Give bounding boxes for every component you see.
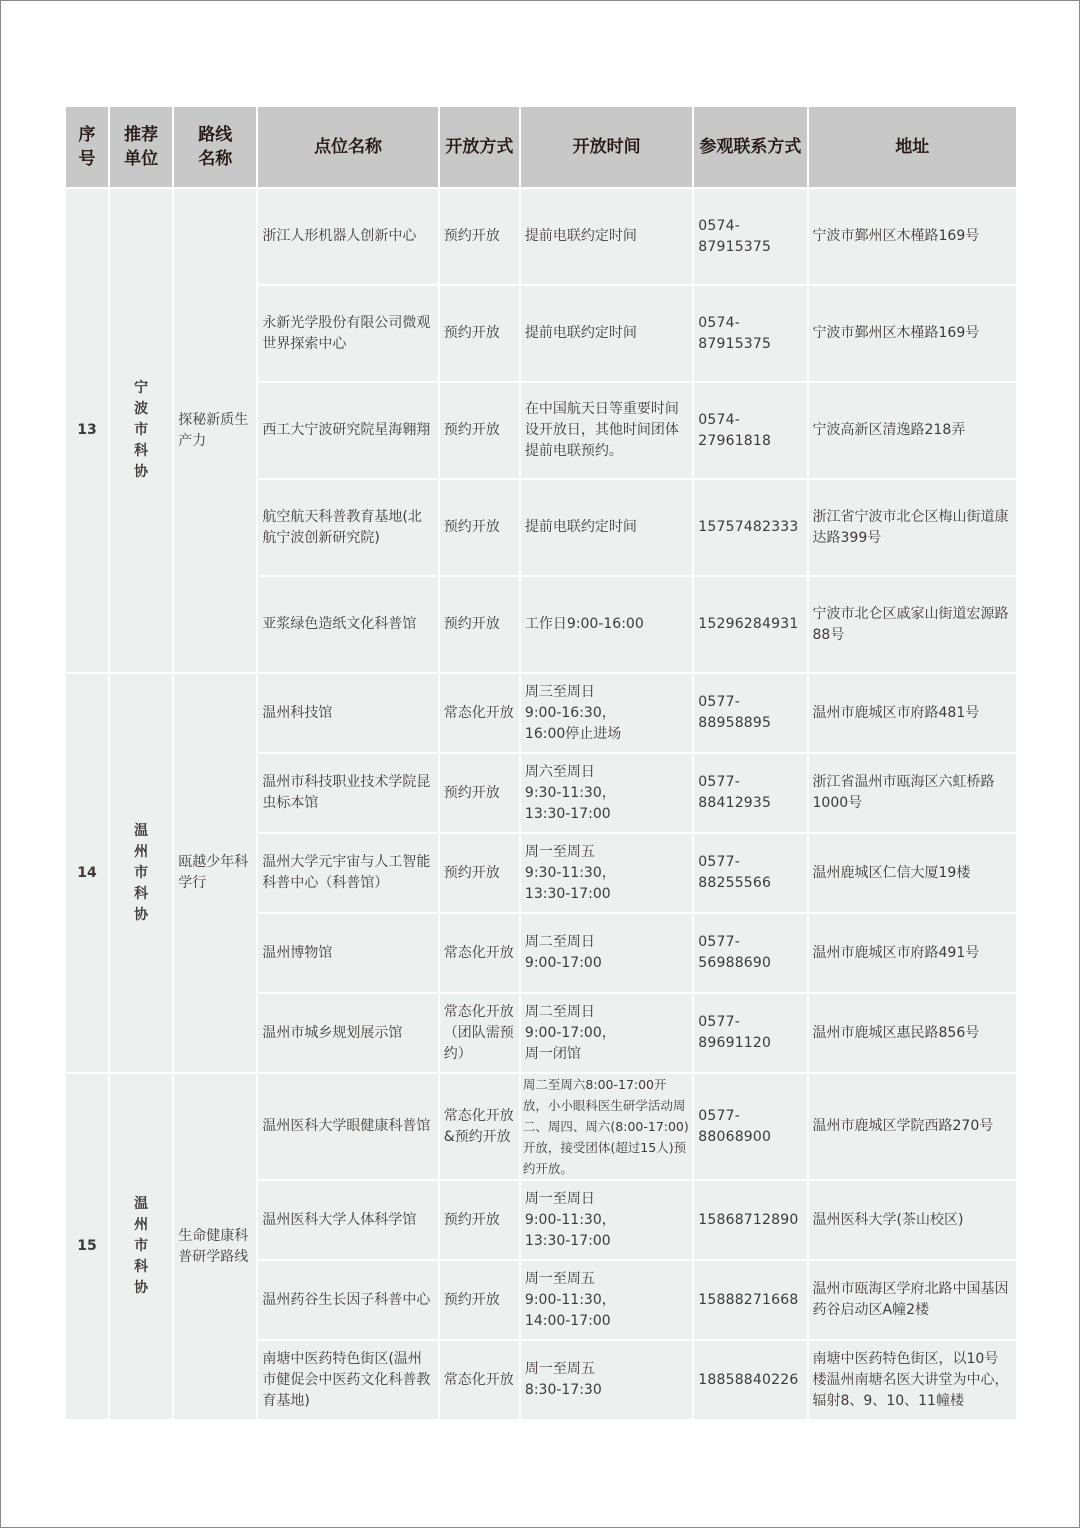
contact-phone: 0574-87915375 [694,189,806,284]
open-mode: 预约开放 [440,1181,519,1259]
contact-phone: 15888271668 [694,1261,806,1339]
table-row: 14 温州市科协 瓯越少年科学行 温州科技馆 常态化开放 周三至周日 9:00-… [66,674,1016,752]
contact-phone: 0577-56988690 [694,914,806,992]
site-name: 温州医科大学人体科学馆 [258,1181,437,1259]
open-mode: 常态化开放&预约开放 [440,1074,519,1179]
site-name: 温州市科技职业技术学院昆虫标本馆 [258,754,437,832]
open-mode: 常态化开放 [440,914,519,992]
open-mode: 常态化开放 [440,1341,519,1419]
contact-phone: 15296284931 [694,577,806,672]
site-name: 南塘中医药特色街区(温州市健促会中医药文化科普教育基地) [258,1341,437,1419]
group-route: 瓯越少年科学行 [174,674,256,1072]
open-mode: 预约开放 [440,286,519,381]
group-route: 生命健康科普研学路线 [174,1074,256,1419]
site-name: 温州博物馆 [258,914,437,992]
address: 温州鹿城区仁信大厦19楼 [809,834,1017,912]
address: 宁波市鄞州区木槿路169号 [809,189,1017,284]
group-route: 探秘新质生产力 [174,189,256,672]
address: 宁波高新区清逸路218弄 [809,383,1017,478]
contact-phone: 18858840226 [694,1341,806,1419]
address: 宁波市鄞州区木槿路169号 [809,286,1017,381]
address: 温州市鹿城区市府路491号 [809,914,1017,992]
open-time: 提前电联约定时间 [521,286,692,381]
open-time: 周一至周五 8:30-17:30 [521,1341,692,1419]
table-row: 15 温州市科协 生命健康科普研学路线 温州医科大学眼健康科普馆 常态化开放&预… [66,1074,1016,1179]
open-time: 周一至周五 9:30-11:30， 13:30-17:00 [521,834,692,912]
header-contact: 参观联系方式 [694,107,806,187]
site-name: 航空航天科普教育基地(北航宁波创新研究院) [258,480,437,575]
group-unit: 宁波市科协 [110,189,172,672]
address: 温州市鹿城区学院西路270号 [809,1074,1017,1179]
address: 温州市鹿城区惠民路856号 [809,994,1017,1072]
address: 南塘中医药特色街区，以10号楼温州南塘名医大讲堂为中心，辐射8、9、10、11幢… [809,1341,1017,1419]
site-name: 温州医科大学眼健康科普馆 [258,1074,437,1179]
contact-phone: 0577-89691120 [694,994,806,1072]
header-unit: 推荐单位 [110,107,172,187]
contact-phone: 15757482333 [694,480,806,575]
open-time: 周二至周六8:00-17:00开放，小小眼科医生研学活动周二、周四、周六(8:0… [521,1074,692,1179]
site-name: 西工大宁波研究院星海翱翔 [258,383,437,478]
open-time: 周一至周五 9:00-11:30， 14:00-17:00 [521,1261,692,1339]
header-mode: 开放方式 [440,107,519,187]
site-name: 温州大学元宇宙与人工智能科普中心（科普馆） [258,834,437,912]
open-mode: 常态化开放 [440,674,519,752]
header-row: 序号 推荐单位 路线名称 点位名称 开放方式 开放时间 参观联系方式 地址 [66,107,1016,187]
site-name: 温州药谷生长因子科普中心 [258,1261,437,1339]
contact-phone: 0574-87915375 [694,286,806,381]
open-mode: 预约开放 [440,754,519,832]
address: 温州市鹿城区市府路481号 [809,674,1017,752]
open-time: 工作日9:00-16:00 [521,577,692,672]
open-time: 提前电联约定时间 [521,189,692,284]
address: 浙江省宁波市北仑区梅山街道康达路399号 [809,480,1017,575]
header-seq: 序号 [66,107,108,187]
address: 温州医科大学(茶山校区) [809,1181,1017,1259]
group-unit: 温州市科协 [110,674,172,1072]
open-mode: 预约开放 [440,577,519,672]
header-time: 开放时间 [521,107,692,187]
open-mode: 预约开放 [440,383,519,478]
site-name: 温州市城乡规划展示馆 [258,994,437,1072]
open-time: 周二至周日 9:00-17:00， 周一闭馆 [521,994,692,1072]
header-address: 地址 [809,107,1017,187]
site-name: 亚浆绿色造纸文化科普馆 [258,577,437,672]
site-name: 永新光学股份有限公司微观世界探索中心 [258,286,437,381]
site-name: 浙江人形机器人创新中心 [258,189,437,284]
header-name: 点位名称 [258,107,437,187]
contact-phone: 0577-88255566 [694,834,806,912]
group-seq: 13 [66,189,108,672]
page: 序号 推荐单位 路线名称 点位名称 开放方式 开放时间 参观联系方式 地址 13… [66,107,1016,1421]
open-time: 周三至周日 9:00-16:30， 16:00停止进场 [521,674,692,752]
contact-phone: 15868712890 [694,1181,806,1259]
table-row: 13 宁波市科协 探秘新质生产力 浙江人形机器人创新中心 预约开放 提前电联约定… [66,189,1016,284]
open-mode: 预约开放 [440,834,519,912]
contact-phone: 0577-88958895 [694,674,806,752]
address: 浙江省温州市瓯海区六虹桥路1000号 [809,754,1017,832]
contact-phone: 0577-88412935 [694,754,806,832]
address: 宁波市北仑区戚家山街道宏源路88号 [809,577,1017,672]
open-mode: 常态化开放（团队需预约） [440,994,519,1072]
open-time: 提前电联约定时间 [521,480,692,575]
open-mode: 预约开放 [440,189,519,284]
contact-phone: 0574-27961818 [694,383,806,478]
address: 温州市瓯海区学府北路中国基因药谷启动区A幢2楼 [809,1261,1017,1339]
open-time: 周二至周日 9:00-17:00 [521,914,692,992]
open-time: 周六至周日 9:30-11:30， 13:30-17:00 [521,754,692,832]
site-name: 温州科技馆 [258,674,437,752]
open-time: 在中国航天日等重要时间设开放日，其他时间团体提前电联预约。 [521,383,692,478]
group-seq: 15 [66,1074,108,1419]
contact-phone: 0577-88068900 [694,1074,806,1179]
group-unit: 温州市科协 [110,1074,172,1419]
open-time: 周一至周日 9:00-11:30， 13:30-17:00 [521,1181,692,1259]
group-seq: 14 [66,674,108,1072]
open-mode: 预约开放 [440,1261,519,1339]
open-mode: 预约开放 [440,480,519,575]
header-route: 路线名称 [174,107,256,187]
science-routes-table: 序号 推荐单位 路线名称 点位名称 开放方式 开放时间 参观联系方式 地址 13… [64,105,1018,1421]
